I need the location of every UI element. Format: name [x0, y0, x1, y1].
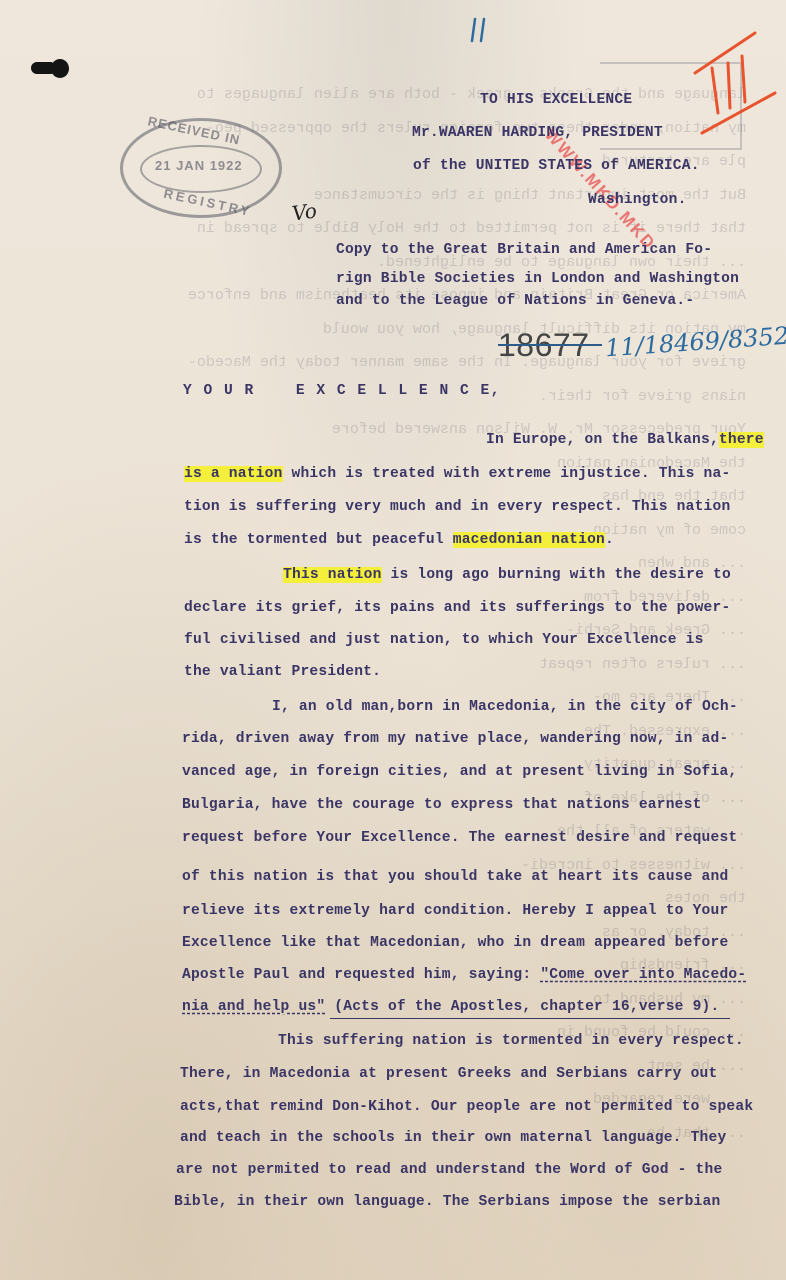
p1-line-3: tion is suffering very much and in every…	[184, 499, 730, 515]
p4-line-1: This suffering nation is tormented in ev…	[278, 1033, 744, 1049]
address-line-1: TO HIS EXCELLENCE	[480, 92, 632, 108]
text: In Europe, on the Balkans,	[486, 432, 719, 448]
address-line-3: of the UNITED STATES of AMERICA.	[413, 158, 700, 174]
p3-line-8: Excellence like that Macedonian, who in …	[182, 935, 728, 951]
p4-line-5: are not permited to read and understand …	[176, 1162, 722, 1178]
p3-line-10: nia and help us" (Acts of the Apostles, …	[182, 999, 719, 1015]
red-pencil-mark	[690, 28, 780, 138]
p1-line-2: is a nation which is treated with extrem…	[184, 466, 730, 482]
p3-line-2: rida, driven away from my native place, …	[182, 731, 728, 747]
p3-line-5: request before Your Excellence. The earn…	[182, 830, 737, 846]
p3-line-4: Bulgaria, have the courage to express th…	[182, 797, 702, 813]
copy-note-line-3: and to the League of Nations in Geneva.-	[336, 293, 694, 309]
text: Apostle Paul and requested him, saying:	[182, 967, 540, 983]
stamp-date: 21 JAN 1922	[155, 158, 243, 173]
highlight: is a nation	[184, 466, 283, 482]
blue-handwritten-mark	[465, 15, 495, 45]
copy-note-line-2: rign Bible Societies in London and Washi…	[336, 271, 739, 287]
p4-line-2: There, in Macedonia at present Greeks an…	[180, 1066, 717, 1082]
highlight: there	[719, 432, 764, 448]
text: is the tormented but peaceful	[184, 532, 453, 548]
p4-line-4: and teach in the schools in their own ma…	[180, 1130, 726, 1146]
bible-quote: nia and help us"	[182, 999, 325, 1015]
text: which is treated with extreme injustice.…	[283, 466, 731, 482]
p1-line-1: In Europe, on the Balkans,there	[486, 432, 764, 448]
text: .	[605, 532, 614, 548]
address-line-2: Mr.WAAREN HARDING, PRESIDENT	[412, 125, 663, 141]
text: is long ago burning with the desire to	[382, 567, 731, 583]
p3-line-1: I, an old man,born in Macedonia, in the …	[272, 699, 738, 715]
p4-line-6: Bible, in their own language. The Serbia…	[174, 1194, 720, 1210]
strike-line	[498, 344, 602, 346]
p3-line-6: of this nation is that you should take a…	[182, 869, 728, 885]
highlight: This nation	[283, 567, 382, 583]
bible-quote: "Come over into Macedo-	[540, 967, 746, 983]
salutation: Y O U R E X C E L L E N C E,	[183, 383, 501, 399]
underline-rule	[330, 1018, 730, 1019]
handwritten-initial: Vo	[290, 198, 318, 225]
p3-line-7: relieve its extremely hard condition. He…	[182, 903, 728, 919]
punch-hole	[31, 59, 77, 79]
text: (Acts of the Apostles, chapter 16,verse …	[325, 999, 719, 1015]
copy-note-line-1: Copy to the Great Britain and American F…	[336, 242, 712, 258]
received-stamp: RECEIVED IN 21 JAN 1922 REGISTRY	[120, 118, 282, 218]
p1-line-4: is the tormented but peaceful macedonian…	[184, 532, 614, 548]
p4-line-3: acts,that remind Don-Kihot. Our people a…	[180, 1099, 753, 1115]
p3-line-9: Apostle Paul and requested him, saying: …	[182, 967, 746, 983]
address-line-4: Washington.	[588, 192, 687, 208]
p2-line-1: This nation is long ago burning with the…	[283, 567, 731, 583]
p2-line-2: declare its grief, its pains and its suf…	[184, 600, 730, 616]
p3-line-3: vanced age, in foreign cities, and at pr…	[182, 764, 737, 780]
p2-line-4: the valiant President.	[184, 664, 381, 680]
p2-line-3: ful civilised and just nation, to which …	[184, 632, 704, 648]
highlight: macedonian nation	[453, 532, 605, 548]
